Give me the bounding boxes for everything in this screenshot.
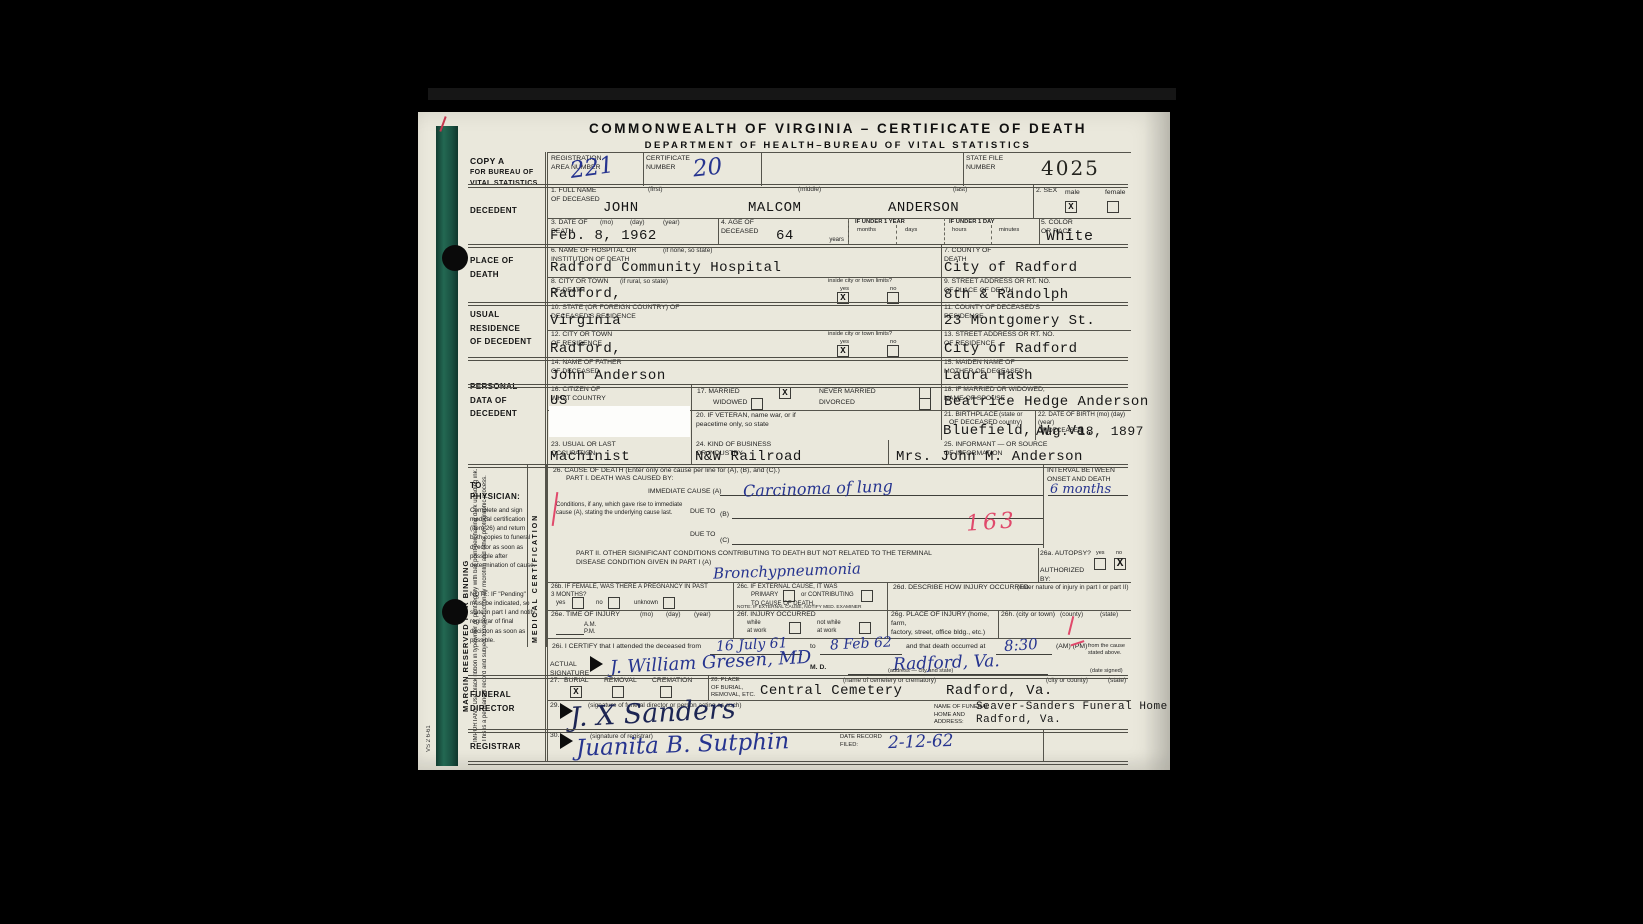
- medical-certification-strip: MEDICAL CERTIFICATION: [527, 465, 547, 647]
- certificate-number-label: CERTIFICATE NUMBER: [646, 155, 690, 173]
- city-of-death-hint: (if rural, so state): [620, 278, 668, 286]
- row-funeral-director: 29. (signature of funeral director or pe…: [548, 700, 1131, 730]
- business-value: N&W Railroad: [695, 449, 802, 465]
- row-parents: 14. NAME OF FATHER OF DECEASED John Ande…: [548, 358, 1131, 385]
- last-name-value: ANDERSON: [888, 200, 959, 216]
- limits-question: inside city or town limits?: [828, 278, 892, 284]
- pregnancy-yes-label: yes: [556, 600, 565, 606]
- pregnancy-unknown-label: unknown: [634, 600, 658, 606]
- certificate-subtitle: DEPARTMENT OF HEALTH–BUREAU OF VITAL STA…: [548, 140, 1128, 151]
- form-code: VS 2 6-61: [426, 672, 432, 752]
- informant-value: Mrs. John M. Anderson: [896, 449, 1083, 465]
- date-filed-label: DATE RECORD FILED:: [840, 734, 882, 749]
- married-label: 17. MARRIED: [697, 388, 740, 395]
- days-label: days: [905, 227, 917, 233]
- section-rule: [468, 244, 1128, 248]
- hospital-value: Radford Community Hospital: [550, 260, 781, 276]
- street-residence-value: City of Radford: [944, 341, 1078, 357]
- row-city-of-death: 8. CITY OR TOWN OF DEATH (if rural, so s…: [548, 277, 1131, 303]
- due-to-label: DUE TO: [690, 531, 715, 540]
- signature-arrow-icon: [590, 656, 603, 672]
- pm-label: P.M.: [584, 629, 596, 635]
- day-hint: (day): [630, 219, 645, 227]
- row-burial: 27. BURIAL REMOVAL CREMATION X 28. PLACE…: [548, 676, 1131, 701]
- section-rule: [468, 357, 1128, 361]
- color-race-value: White: [1046, 228, 1094, 245]
- removal-checkbox: [612, 686, 624, 698]
- side-label-decedent: DECEDENT: [470, 204, 540, 218]
- death-time-value: 8:30: [1003, 635, 1038, 655]
- side-label-funeral-director: FUNERAL DIRECTOR: [470, 688, 540, 715]
- sex-female-checkbox: [1107, 201, 1119, 213]
- pregnancy-unknown-checkbox: [663, 597, 675, 609]
- widowed-checkbox: [751, 398, 763, 410]
- age-unit-label: years: [829, 237, 844, 243]
- red-code-163: 163: [965, 508, 1018, 536]
- injury-occurred-label: 26f. INJURY OCCURRED: [737, 611, 816, 620]
- day-hint: (day): [666, 611, 681, 619]
- cemetery-value: Central Cemetery: [760, 683, 902, 699]
- funeral-home-city: Radford, Va.: [976, 714, 1061, 726]
- section-rule: [468, 184, 1128, 188]
- autopsy-label: 26a. AUTOPSY?: [1040, 550, 1091, 559]
- section-rule: [468, 302, 1128, 306]
- registration-row: REGISTRATION AREA NUMBER 221 CERTIFICATE…: [548, 152, 1131, 186]
- sex-female-label: female: [1105, 189, 1125, 196]
- side-label-usual-residence: USUAL RESIDENCE OF DECEDENT: [470, 308, 540, 349]
- year-hint: (year): [694, 611, 711, 619]
- time-blank: [556, 634, 584, 635]
- under-1-year-label: IF UNDER 1 YEAR: [855, 219, 905, 225]
- line-b-label: (B): [720, 511, 729, 520]
- funeral-director-number: 29.: [550, 702, 559, 711]
- middle-name-value: MALCOM: [748, 200, 801, 216]
- limits-question: inside city or town limits?: [828, 331, 892, 337]
- immediate-cause-label: IMMEDIATE CAUSE (A): [648, 488, 722, 497]
- burial-checkbox: X: [570, 686, 582, 698]
- time-of-injury-label: 26e. TIME OF INJURY: [551, 611, 620, 620]
- while-at-work-label: while at work: [747, 620, 766, 636]
- mo-hint: (mo): [600, 219, 613, 227]
- mo-hint: (mo): [640, 611, 653, 619]
- sex-male-label: male: [1065, 189, 1080, 196]
- cause-a-value: Carcinoma of lung: [743, 476, 893, 500]
- state-file-number-value: 4025: [1041, 156, 1100, 180]
- mother-value: Laura Hash: [944, 368, 1033, 384]
- to-blank: [820, 654, 902, 655]
- medical-certification-label: MEDICAL CERTIFICATION: [532, 471, 539, 643]
- section-rule: [468, 384, 1128, 388]
- row-hospital-county: 6. NAME OF HOSPITAL OR INSTITUTION OF DE…: [548, 245, 1131, 278]
- place-of-injury-label: 26g. PLACE OF INJURY (home, farm, factor…: [891, 611, 998, 637]
- dob-value: Aug. 18, 1897: [1036, 424, 1144, 439]
- divorced-checkbox: [919, 398, 931, 410]
- row-part2: PART II. OTHER SIGNIFICANT CONDITIONS CO…: [548, 548, 1131, 583]
- section-rule: [468, 675, 1128, 679]
- redaction-box: [549, 406, 690, 437]
- spouse-value: Beatrice Hedge Anderson: [944, 394, 1149, 410]
- signature-arrow-icon: [560, 733, 573, 749]
- limits-no-checkbox: [887, 345, 899, 357]
- date-filed-value: 2-12-62: [888, 731, 954, 753]
- registrar-number: 30.: [550, 732, 559, 741]
- occupation-value: Machinist: [550, 449, 630, 465]
- part1-label: PART I. DEATH WAS CAUSED BY:: [566, 475, 673, 484]
- contributing-checkbox: [861, 590, 873, 602]
- injury-city-label: 26h. (city or town): [1001, 611, 1055, 620]
- pregnancy-yes-checkbox: [572, 597, 584, 609]
- section-rule: [468, 761, 1128, 765]
- funeral-home-name: Seaver-Sanders Funeral Home: [976, 701, 1168, 713]
- injury-state-label: (state): [1100, 611, 1118, 619]
- page-edge-shadow: [1144, 112, 1170, 770]
- photo-top-strip: [428, 88, 1176, 100]
- autopsy-no-checkbox: X: [1114, 558, 1126, 570]
- row-physician-signature: ACTUAL SIGNATURE J. William Gresen, MD M…: [548, 660, 1131, 676]
- father-value: John Anderson: [550, 368, 666, 384]
- autopsy-yes-checkbox: [1094, 558, 1106, 570]
- certify-text: 26i. I CERTIFY that I attended the decea…: [552, 643, 701, 652]
- screenshot-canvas: MARGIN RESERVED FOR BINDING IMPORTANT: U…: [0, 0, 1643, 924]
- limits-yes-checkbox: X: [837, 345, 849, 357]
- state-file-number-label: STATE FILE NUMBER: [966, 155, 1003, 173]
- divider: [991, 225, 992, 245]
- married-checkbox: X: [779, 387, 791, 399]
- funeral-director-signature: J. X Sanders: [569, 694, 736, 734]
- section-rule: [468, 729, 1128, 733]
- contributing-label: or CONTRIBUTING: [801, 592, 854, 598]
- attended-to-value: 8 Feb 62: [830, 634, 893, 653]
- am-label: A.M.: [584, 622, 596, 628]
- row-date-age-color: 3. DATE OF DEATH (mo) (day) (year) Feb. …: [548, 218, 1131, 245]
- under-1-day-label: IF UNDER 1 DAY: [949, 219, 995, 225]
- never-married-label: NEVER MARRIED: [819, 388, 876, 395]
- county-residence-value: 23 Montgomery St.: [944, 313, 1095, 329]
- sex-label: 2. SEX: [1036, 187, 1057, 196]
- punch-hole: [442, 599, 468, 625]
- date-of-death-value: Feb. 8, 1962: [550, 228, 657, 244]
- how-injury-label: 26d. DESCRIBE HOW INJURY OCCURRED.: [893, 584, 1031, 593]
- cause-c-line: [732, 544, 1043, 545]
- margin-binding-text: MARGIN RESERVED FOR BINDING: [461, 282, 470, 712]
- row-time-of-injury: 26e. TIME OF INJURY (mo) (day) (year) A.…: [548, 610, 1131, 639]
- hospital-hint: (if none, so state): [663, 247, 712, 255]
- pregnancy-no-checkbox: [608, 597, 620, 609]
- certificate-number-value: 20: [692, 154, 724, 183]
- autopsy-no-label: no: [1116, 550, 1122, 556]
- interval-value: 6 months: [1050, 482, 1111, 497]
- interval-column-divider: [1043, 465, 1044, 548]
- full-name-label: 1. FULL NAME OF DECEASED: [551, 187, 600, 205]
- side-label-registrar: REGISTRAR: [470, 740, 540, 754]
- minutes-label: minutes: [999, 227, 1019, 233]
- age-value: 64: [776, 228, 794, 244]
- age-label: 4. AGE OF DECEASED: [721, 219, 758, 237]
- burial-city-value: Radford, Va.: [946, 683, 1053, 699]
- conditions-note: Conditions, if any, which gave rise to i…: [556, 502, 684, 518]
- part2-value: Bronchypneumonia: [713, 559, 861, 582]
- divider: [1043, 730, 1044, 762]
- veteran-label: 20. IF VETERAN, name war, or if peacetim…: [696, 412, 796, 430]
- autopsy-yes-label: yes: [1096, 550, 1105, 556]
- not-while-at-work-checkbox: [859, 622, 871, 634]
- row-registrar: 30. (signature of registrar) Juanita B. …: [548, 730, 1131, 762]
- punch-hole: [442, 245, 468, 271]
- city-of-death-value: Radford,: [550, 286, 621, 302]
- row-city-residence: 12. CITY OR TOWN OF RESIDENCE inside cit…: [548, 330, 1131, 358]
- year-hint: (year): [663, 219, 680, 227]
- binding-strip: [436, 126, 458, 766]
- divorced-label: DIVORCED: [819, 399, 855, 406]
- divider: [944, 218, 945, 245]
- sex-male-checkbox: X: [1065, 201, 1077, 213]
- row-full-name: 1. FULL NAME OF DECEASED (first) (middle…: [548, 185, 1131, 219]
- city-residence-value: Radford,: [550, 341, 621, 357]
- row-state-residence: 10. STATE (OR FOREIGN COUNTRY) OF DECEAS…: [548, 303, 1131, 331]
- how-injury-hint: (enter nature of injury in part I or par…: [1017, 584, 1129, 592]
- cause-stated-text: from the cause stated above.: [1088, 643, 1132, 658]
- state-residence-value: Virginia: [550, 313, 621, 329]
- row-pregnancy-external: 26b. IF FEMALE, WAS THERE A PREGNANCY IN…: [548, 582, 1131, 611]
- hours-label: hours: [952, 227, 967, 233]
- copy-label: COPY A: [470, 156, 540, 166]
- due-to-label: DUE TO: [690, 508, 715, 517]
- pregnancy-no-label: no: [596, 600, 603, 606]
- not-while-at-work-label: not while at work: [817, 620, 841, 636]
- registration-area-value: 221: [568, 152, 615, 184]
- first-name-value: JOHN: [603, 200, 639, 216]
- months-label: months: [857, 227, 876, 233]
- side-label-place-of-death: PLACE OF DEATH: [470, 254, 540, 281]
- county-of-death-value: City of Radford: [944, 260, 1078, 276]
- divider: [896, 225, 897, 245]
- section-rule: [468, 464, 1128, 468]
- while-at-work-checkbox: [789, 622, 801, 634]
- death-certificate-page: MARGIN RESERVED FOR BINDING IMPORTANT: U…: [418, 112, 1170, 770]
- md-label: M. D.: [810, 664, 826, 673]
- row-occupation: 23. USUAL OR LAST OCCUPATION Machinist 2…: [548, 440, 1131, 465]
- line-c-label: (C): [720, 537, 729, 546]
- certificate-title: COMMONWEALTH OF VIRGINIA – CERTIFICATE O…: [548, 121, 1128, 136]
- widowed-label: WIDOWED: [713, 399, 747, 406]
- primary-label: PRIMARY: [751, 592, 778, 598]
- street-of-death-value: 8th & Randolph: [944, 287, 1069, 303]
- occurred-text: and that death occurred at: [906, 643, 985, 652]
